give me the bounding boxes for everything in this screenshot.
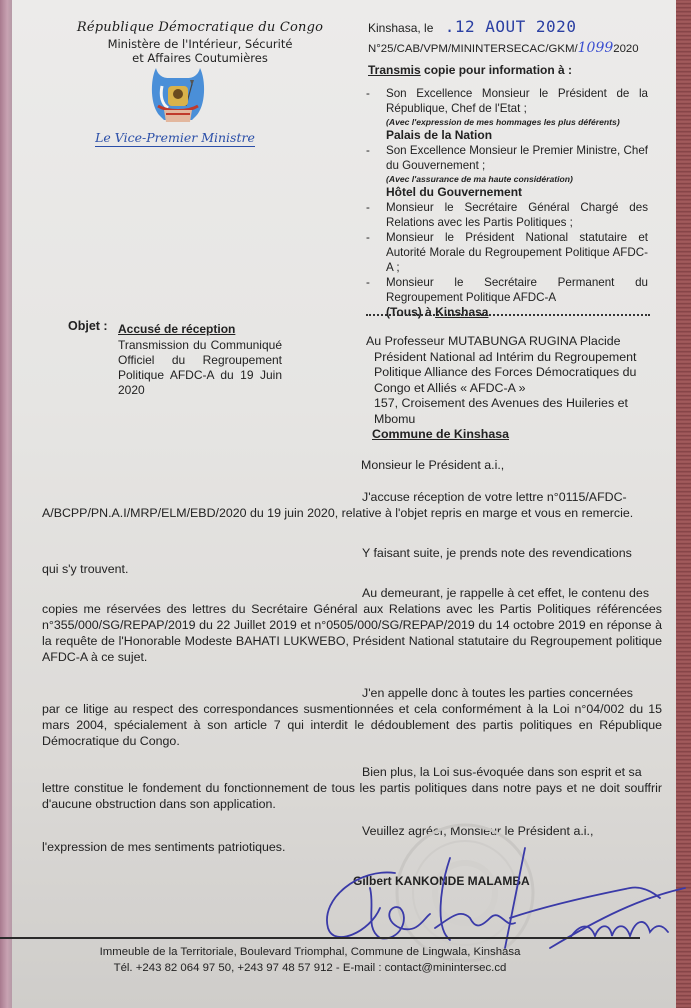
ministry-line-2: et Affaires Coutumières: [70, 51, 330, 65]
copies-list: Son Excellence Monsieur le Président de …: [366, 86, 648, 320]
paragraph-first-line: J'accuse réception de votre lettre n°011…: [42, 489, 662, 505]
body-paragraph: J'en appelle donc à toutes les parties c…: [42, 685, 662, 749]
ministry-line-1: Ministère de l'Intérieur, Sécurité: [70, 37, 330, 51]
addressee-commune: Commune de Kinshasa: [366, 427, 666, 443]
reference-suffix: 2020: [613, 43, 638, 55]
objet-title: Accusé de réception: [118, 322, 235, 336]
transmis-rest: copie pour information à :: [421, 63, 572, 77]
copy-note: (Avec l'expression de mes hommages les p…: [366, 116, 648, 128]
addressee-title: Président National ad Intérim du Regroup…: [366, 350, 666, 397]
copy-recipient: Son Excellence Monsieur le Premier Minis…: [366, 143, 648, 173]
paragraph-rest: A/BCPP/PN.A.I/MRP/ELM/EBD/2020 du 19 jui…: [42, 506, 633, 520]
photo-edge-left: [0, 0, 12, 1008]
objet-body: Transmission du Communiqué Officiel du R…: [118, 338, 282, 398]
body-paragraph: J'accuse réception de votre lettre n°011…: [42, 489, 662, 521]
dotted-separator: [366, 314, 650, 316]
letterhead-title: Le Vice-Premier Ministre: [95, 130, 255, 147]
copy-recipient: Son Excellence Monsieur le Président de …: [366, 86, 648, 116]
copy-recipient: Monsieur le Président National statutair…: [366, 230, 648, 275]
copy-place: Hôtel du Gouvernement: [366, 185, 648, 200]
copy-recipient: Monsieur le Secrétaire Général Chargé de…: [366, 200, 648, 230]
copy-recipient: Monsieur le Secrétaire Permanent du Regr…: [366, 275, 648, 305]
transmis-label: Transmis: [368, 63, 421, 77]
copy-place: Palais de la Nation: [366, 128, 648, 143]
addressee-name: Au Professeur MUTABUNGA RUGINA Placide: [366, 334, 666, 350]
place-prefix: Kinshasa, le: [368, 21, 433, 35]
date-line: Kinshasa, le .12 AOUT 2020: [368, 17, 576, 36]
copies-destination-city: Kinshasa: [435, 305, 488, 319]
reference-prefix: N°25/CAB/VPM/MININTERSECAC/GKM/: [368, 43, 578, 55]
body-paragraph: Au demeurant, je rappelle à cet effet, l…: [42, 585, 662, 665]
copies-destination-prefix: (Tous) à: [386, 305, 435, 319]
footer-contact: Tél. +243 82 064 97 50, +243 97 48 57 91…: [0, 960, 620, 976]
reference-number: N°25/CAB/VPM/MININTERSECAC/GKM/10992020: [368, 40, 639, 56]
paragraph-rest: l'expression de mes sentiments patriotiq…: [42, 840, 285, 854]
footer-rule: [0, 937, 640, 939]
addressee-block: Au Professeur MUTABUNGA RUGINA Placide P…: [366, 334, 666, 443]
paragraph-rest: lettre constitue le fondement du fonctio…: [42, 781, 662, 811]
date-stamp: .12 AOUT 2020: [445, 17, 577, 36]
paragraph-first-line: Bien plus, la Loi sus-évoquée dans son e…: [42, 764, 662, 780]
copies-destination: (Tous) à Kinshasa: [366, 305, 648, 320]
copy-note: (Avec l'assurance de ma haute considérat…: [366, 173, 648, 185]
drc-coat-of-arms-icon: [148, 66, 208, 128]
footer-address: Immeuble de la Territoriale, Boulevard T…: [0, 944, 620, 960]
paragraph-rest: qui s'y trouvent.: [42, 562, 128, 576]
footer: Immeuble de la Territoriale, Boulevard T…: [0, 944, 620, 976]
reference-handwritten: 1099: [578, 40, 614, 56]
body-paragraph: Y faisant suite, je prends note des reve…: [42, 545, 662, 577]
paragraph-first-line: Au demeurant, je rappelle à cet effet, l…: [42, 585, 662, 601]
salutation: Monsieur le Président a.i.,: [361, 458, 504, 472]
body-paragraph: Bien plus, la Loi sus-évoquée dans son e…: [42, 764, 662, 812]
paragraph-first-line: J'en appelle donc à toutes les parties c…: [42, 685, 662, 701]
paragraph-rest: copies me réservées des lettres du Secré…: [42, 602, 662, 664]
paragraph-first-line: Y faisant suite, je prends note des reve…: [42, 545, 662, 561]
objet-label: Objet :: [68, 319, 108, 333]
letterhead-republic: République Démocratique du Congo: [70, 20, 330, 35]
paragraph-rest: par ce litige au respect des corresponda…: [42, 702, 662, 748]
addressee-address: 157, Croisement des Avenues des Huilerie…: [366, 396, 666, 427]
letterhead-ministry: Ministère de l'Intérieur, Sécurité et Af…: [70, 37, 330, 65]
transmis-heading: Transmis copie pour information à :: [368, 63, 572, 77]
